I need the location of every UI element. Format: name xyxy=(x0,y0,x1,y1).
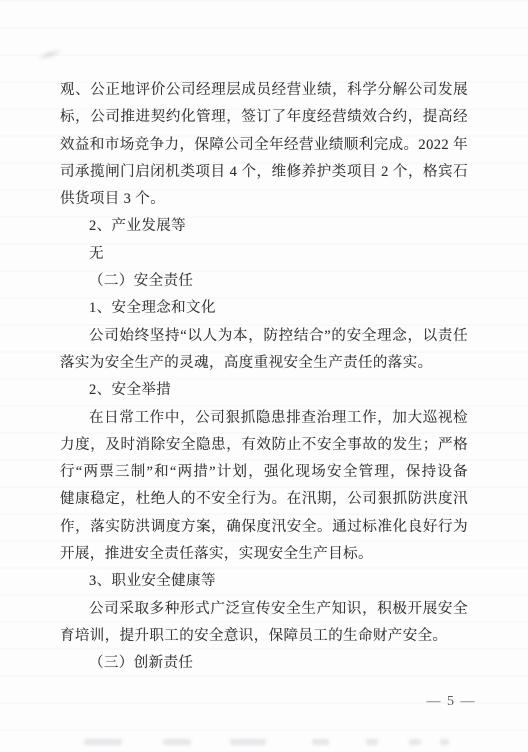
text-line: 公司采取多种形式广泛宣传安全生产知识，积极开展安全教 xyxy=(60,596,468,623)
scan-artifact xyxy=(35,46,64,63)
scan-artifact xyxy=(366,739,378,745)
text-line: 1、安全理念和文化 xyxy=(60,295,468,322)
scan-artifact xyxy=(84,739,122,745)
text-line: 健康稳定，杜绝人的不安全行为。在汛期，公司狠抓防洪度汛工 xyxy=(60,486,468,513)
text-line: 作，落实防洪调度方案，确保度汛安全。通过标准化良好行为的 xyxy=(60,514,468,541)
scan-artifact xyxy=(312,739,329,745)
text-line: 标，公司推进契约化管理，签订了年度经营绩效合约，提高经济 xyxy=(60,104,468,131)
document-lines: 观、公正地评价公司经理层成员经营业绩，科学分解公司发展目标，公司推进契约化管理，… xyxy=(60,77,468,678)
text-line: 2、安全举措 xyxy=(60,377,468,404)
text-line: 供货项目 3 个。 xyxy=(60,186,468,213)
text-line: 开展，推进安全责任落实，实现安全生产目标。 xyxy=(60,541,468,568)
scan-artifact xyxy=(163,739,191,745)
document-page: 观、公正地评价公司经理层成员经营业绩，科学分解公司发展目标，公司推进契约化管理，… xyxy=(0,0,528,752)
text-line: 育培训，提升职工的安全意识，保障员工的生命财产安全。 xyxy=(60,623,468,650)
text-line: 行“两票三制”和“两措”计划，强化现场安全管理，保持设备 xyxy=(60,459,468,486)
text-line: 公司始终坚持“以人为本，防控结合”的安全理念，以责任 xyxy=(60,323,468,350)
text-line: 力度，及时消除安全隐患，有效防止不安全事故的发生；严格执 xyxy=(60,432,468,459)
text-line: 在日常工作中，公司狠抓隐患排查治理工作，加大巡视检查 xyxy=(60,405,468,432)
text-line: 3、职业安全健康等 xyxy=(60,568,468,595)
scan-artifact xyxy=(409,739,421,745)
text-line: 无 xyxy=(60,241,468,268)
text-line: 效益和市场竞争力，保障公司全年经营业绩顺利完成。2022 年公 xyxy=(60,132,468,159)
text-line: 落实为安全生产的灵魂，高度重视安全生产责任的落实。 xyxy=(60,350,468,377)
page-number: — 5 — xyxy=(427,692,477,712)
text-line: 司承揽闸门启闭机类项目 4 个，维修养护类项目 2 个，格宾石笼 xyxy=(60,159,468,186)
scan-artifact xyxy=(230,739,266,745)
text-line: 2、产业发展等 xyxy=(60,213,468,240)
text-line: （三）创新责任 xyxy=(60,650,468,677)
text-line: 观、公正地评价公司经理层成员经营业绩，科学分解公司发展目 xyxy=(60,77,468,104)
text-line: （二）安全责任 xyxy=(60,268,468,295)
scan-artifact xyxy=(440,739,449,745)
